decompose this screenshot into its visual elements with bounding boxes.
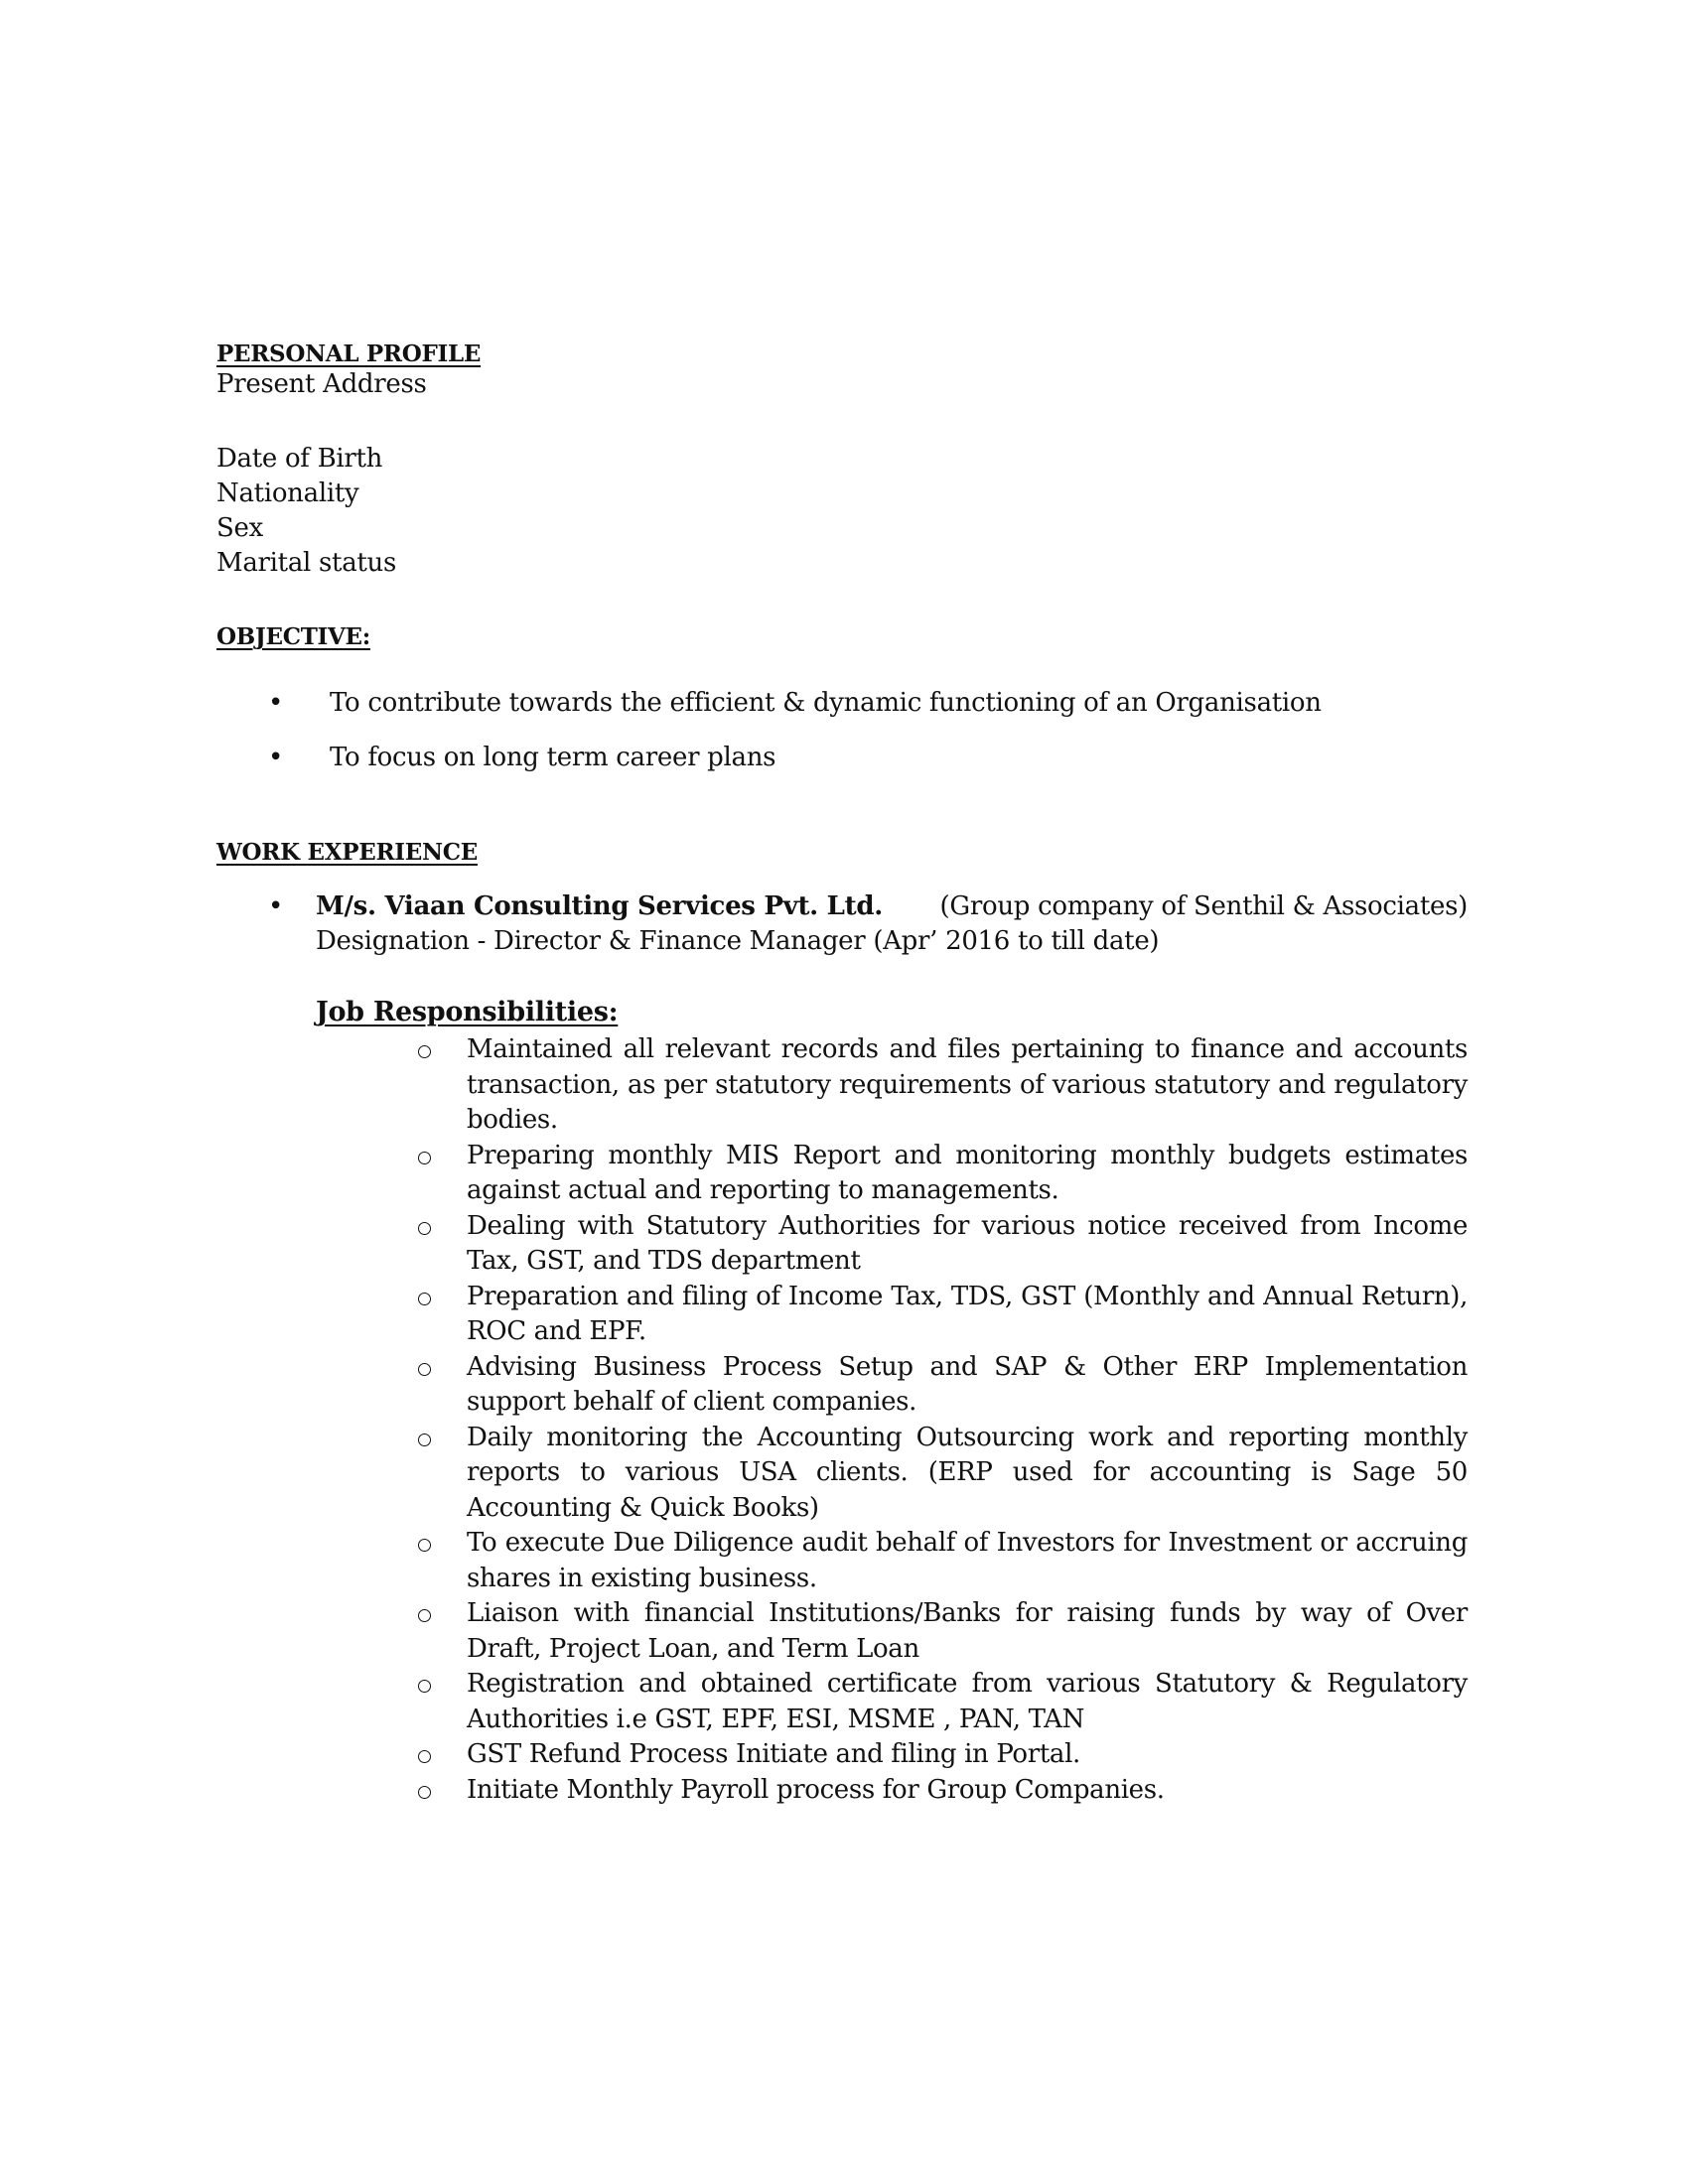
circle-bullet-icon [418, 1222, 431, 1235]
circle-bullet-icon [418, 1786, 431, 1799]
responsibility-item: Preparing monthly MIS Report and monitor… [412, 1139, 1468, 1209]
responsibility-text: Advising Business Process Setup and SAP … [467, 1350, 1468, 1421]
responsibility-item: Advising Business Process Setup and SAP … [412, 1350, 1468, 1421]
field-date-of-birth: Date of Birth [216, 444, 382, 474]
objective-text: To contribute towards the efficient & dy… [330, 688, 1322, 718]
field-present-address: Present Address [216, 369, 427, 399]
responsibility-text: To execute Due Diligence audit behalf of… [467, 1526, 1468, 1596]
designation: Designation - Director & Finance Manager… [316, 926, 1159, 956]
responsibility-text: Maintained all relevant records and file… [467, 1032, 1468, 1139]
responsibility-item: Initiate Monthly Payroll process for Gro… [412, 1773, 1468, 1809]
circle-bullet-icon [418, 1750, 431, 1763]
responsibility-item: Liaison with financial Institutions/Bank… [412, 1596, 1468, 1667]
circle-bullet-icon [418, 1609, 431, 1622]
circle-bullet-icon [418, 1539, 431, 1552]
circle-bullet-icon [418, 1152, 431, 1164]
responsibility-text: Liaison with financial Institutions/Bank… [467, 1596, 1468, 1667]
company-name: M/s. Viaan Consulting Services Pvt. Ltd. [316, 891, 883, 921]
company-line: M/s. Viaan Consulting Services Pvt. Ltd.… [316, 891, 1468, 921]
objective-text: To focus on long term career plans [330, 743, 775, 772]
resume-page: PERSONAL PROFILE Present Address Date of… [0, 0, 1688, 2184]
responsibility-item: Dealing with Statutory Authorities for v… [412, 1209, 1468, 1280]
circle-bullet-icon [418, 1293, 431, 1305]
field-nationality: Nationality [216, 478, 358, 508]
responsibility-item: Preparation and filing of Income Tax, TD… [412, 1280, 1468, 1350]
bullet-icon: • [268, 891, 283, 921]
work-experience-heading: WORK EXPERIENCE [216, 839, 478, 866]
circle-bullet-icon [418, 1363, 431, 1376]
responsibility-item: Maintained all relevant records and file… [412, 1032, 1468, 1139]
circle-bullet-icon [418, 1680, 431, 1693]
company-note: (Group company of Senthil & Associates) [940, 891, 1468, 921]
bullet-icon: • [268, 743, 283, 772]
responsibility-text: Daily monitoring the Accounting Outsourc… [467, 1421, 1468, 1527]
field-sex: Sex [216, 513, 263, 543]
responsibility-text: Registration and obtained certificate fr… [467, 1667, 1468, 1737]
responsibility-text: Preparation and filing of Income Tax, TD… [467, 1280, 1468, 1350]
bullet-icon: • [268, 688, 283, 718]
circle-bullet-icon [418, 1045, 431, 1058]
responsibility-text: Preparing monthly MIS Report and monitor… [467, 1139, 1468, 1209]
responsibility-text: Initiate Monthly Payroll process for Gro… [467, 1773, 1468, 1809]
responsibility-item: Registration and obtained certificate fr… [412, 1667, 1468, 1737]
responsibility-item: To execute Due Diligence audit behalf of… [412, 1526, 1468, 1596]
personal-profile-heading: PERSONAL PROFILE [216, 341, 481, 367]
field-marital-status: Marital status [216, 548, 396, 578]
responsibilities-list: Maintained all relevant records and file… [412, 1032, 1468, 1808]
responsibility-item: GST Refund Process Initiate and filing i… [412, 1737, 1468, 1773]
circle-bullet-icon [418, 1433, 431, 1446]
responsibility-text: Dealing with Statutory Authorities for v… [467, 1209, 1468, 1280]
responsibility-item: Daily monitoring the Accounting Outsourc… [412, 1421, 1468, 1527]
objective-heading: OBJECTIVE: [216, 623, 370, 650]
job-responsibilities-heading: Job Responsibilities: [316, 997, 618, 1027]
responsibility-text: GST Refund Process Initiate and filing i… [467, 1737, 1468, 1773]
